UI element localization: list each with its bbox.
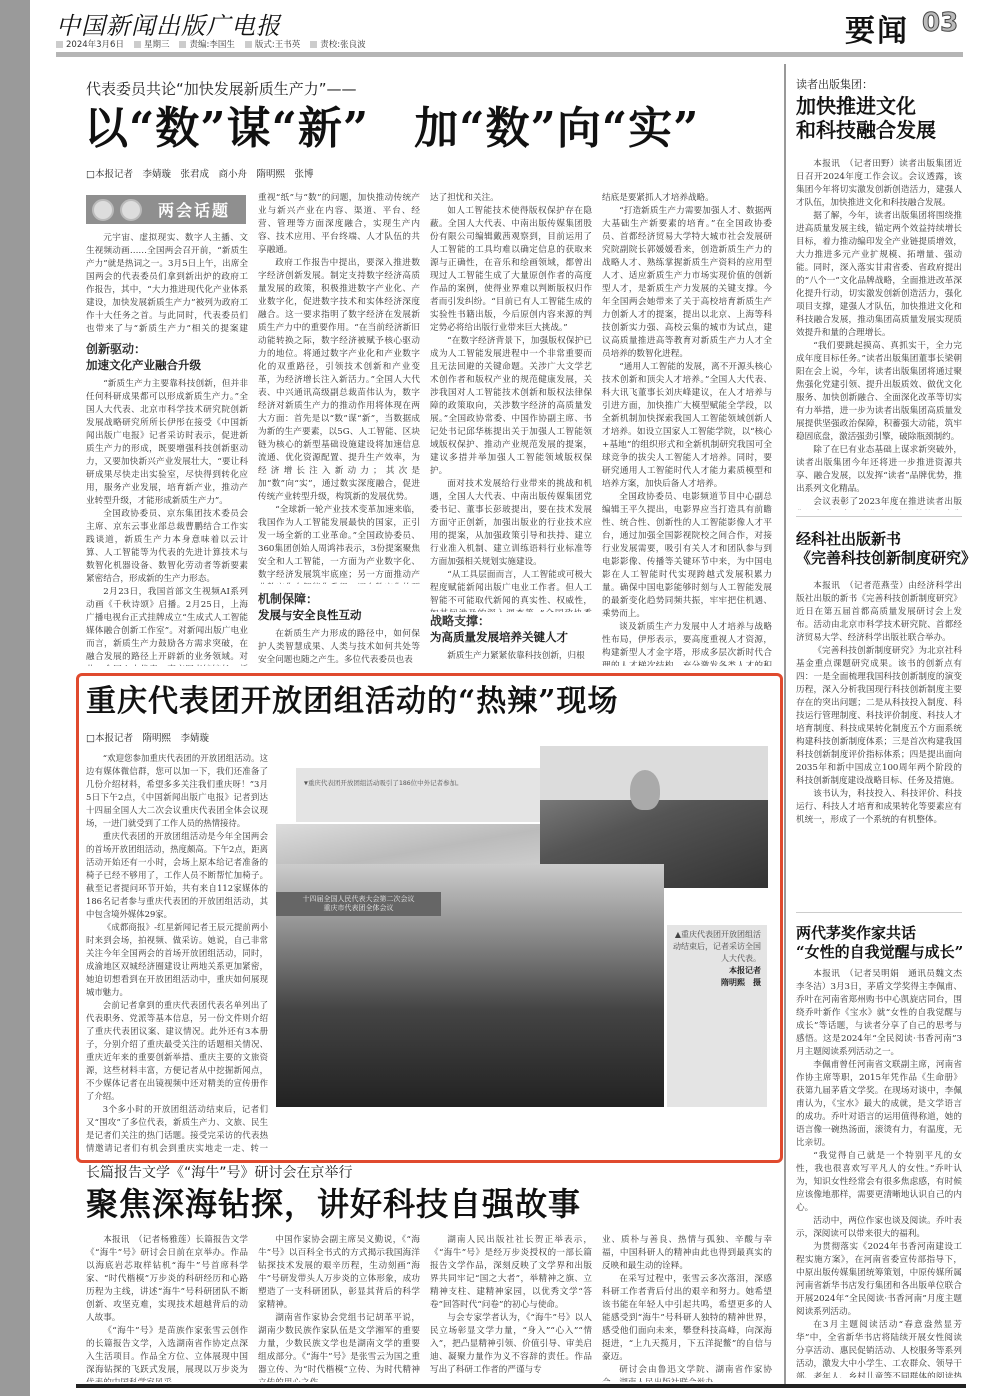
sidebar-story1-kicker: 读者出版集团： <box>796 76 873 92</box>
page-bottom-rule <box>76 1384 966 1388</box>
photo-meeting-hall: 十四届全国人民代表大会第二次会议 重庆市代表团全体会议 <box>276 864 664 1107</box>
lead-kicker: 代表委员共论“加快发展新质生产力”—— <box>86 78 357 99</box>
sidebar-divider <box>796 912 962 913</box>
issue-meta: 2024年3月6日 星期三 责编:李国生 版式:王书英 责校:张良波 <box>56 38 366 50</box>
sidebar-story1-body: 本报讯 （记者田野）读者出版集团近日召开2024年度工作会议。会议透露，该集团今… <box>796 158 962 510</box>
photo-banner: 十四届全国人民代表大会第二次会议 重庆市代表团全体会议 <box>276 892 441 916</box>
lead-col1: “新质生产力主要靠科技创新，但并非任何科研成果都可以形成新质生产力。”全国人大代… <box>86 378 248 666</box>
sidebar-story2-headline: 经科社出版新书 《完善科技创新制度研究》 <box>796 530 976 568</box>
viewer-gutter <box>0 0 30 1396</box>
national-emblem-icon <box>92 199 114 221</box>
feature-headline: 重庆代表团开放团组活动的“热辣”现场 <box>86 684 619 720</box>
header-rule <box>56 52 783 57</box>
bottom-kicker: 长篇报告文学《“海牛”号》研讨会在京举行 <box>86 1162 353 1182</box>
lead-subhead-3: 战略支撑： 为高质量发展培养关键人才 <box>430 612 592 645</box>
lead-byline: □本报记者 李婧璇 张君成 商小舟 隋明熙 张博 <box>86 166 313 180</box>
sidebar-story3-headline: 两代茅奖作家共话 “女性的自我觉醒与成长” <box>796 924 963 962</box>
lead-col2-tail: 在新质生产力形成的路径中，如何保护人类智慧成果、人类与技术如何共处等安全问题也随… <box>258 628 420 668</box>
sidebar-story2-body: 本报讯 （记者范燕莹）由经济科学出版社出版的新书《完善科技创新制度研究》近日在第… <box>796 580 962 908</box>
editor: 责编:李国生 <box>179 38 234 50</box>
section-rule <box>780 52 963 57</box>
sidebar-divider <box>796 516 962 517</box>
issue-date: 2024年3月6日 <box>56 38 124 50</box>
cppcc-emblem-icon <box>120 199 142 221</box>
page-number: 03 <box>922 8 958 38</box>
sidebar-story3-body: 本报讯 （记者吴明娟 通讯员魏文杰 李冬洁）3月3日，茅盾文学奖得主李佩甫、乔叶… <box>796 968 962 1378</box>
bottom-col4: 业、质朴与善良、热情与孤独、辛酸与幸福，中国科研人的精神由此也得到最真实的反映和… <box>602 1234 772 1382</box>
sidebar-story1-headline: 加快推进文化 和科技融合发展 <box>796 94 936 142</box>
newspaper-masthead: 中国新闻出版广电报 <box>56 6 281 41</box>
photo-subject <box>630 770 660 810</box>
photo-caption-2: ▲重庆代表团开放团组活动结束后，记者采访全国人大代表。 本报记者 隋明熙 摄 <box>667 925 767 1107</box>
bottom-col3: 湖南人民出版社社长贺正举表示，《“海牛”号》是经万步炎授权的一部长篇报告文学作品… <box>430 1234 592 1382</box>
lead-subhead-1: 创新驱动： 加速文化产业融合升级 <box>86 340 248 373</box>
lead-subhead-2: 机制保障： 发展与安全良性互动 <box>258 590 420 623</box>
lianghui-badge: 两会话题 <box>86 195 246 224</box>
section-title: 要闻 <box>845 6 909 50</box>
photo-caption-1: ▼重庆代表团开放团组活动吸引了186位中外记者参加。 <box>296 768 540 822</box>
lead-col3: 达了担忧和关注。 如人工智能技术使得版权保护存在隐蔽。全国人大代表、中南出版传媒… <box>430 192 592 612</box>
bottom-col1: 本报讯 （记者杨雅莲）长篇报告文学《“海牛”号》研讨会日前在京举办。作品以海底岩… <box>86 1234 248 1382</box>
layout-editor: 版式:王书英 <box>245 38 300 50</box>
proofreader: 责校:张良波 <box>310 38 365 50</box>
feature-body: “欢迎您参加重庆代表团的开放团组活动。这边有媒体微信群，您可以加一下，我们还准备… <box>86 752 268 1152</box>
lead-col3-tail: 新质生产力紧紧依靠科技创新，归根 <box>430 650 592 664</box>
lead-col2: 重视“纸”与“数”的问题，加快推动传统产业与新兴产业在内容、渠道、平台、经营、管… <box>258 192 420 584</box>
badge-label: 两会话题 <box>158 198 230 221</box>
lead-col4: 结底是要紧抓人才培养战略。 “打造新质生产力需要加强人才、数据两大基础生产新要素… <box>602 192 772 666</box>
bottom-col2: 中国作家协会副主席吴义勤说，《“海牛”号》以百科全书式的方式揭示我国海洋钻探技术… <box>258 1234 420 1382</box>
issue-weekday: 星期三 <box>134 38 170 50</box>
bottom-headline: 聚焦深海钻探，讲好科技自强故事 <box>86 1184 581 1224</box>
feature-byline: □本报记者 隋明熙 李婧璇 <box>86 730 209 744</box>
photo-ceiling-strip <box>276 824 540 864</box>
lead-headline: 以“数”谋“新” 加“数”向“实” <box>84 104 699 154</box>
photo-credit: 本报记者 <box>673 965 761 977</box>
lead-intro: 元宇宙、虚拟现实、数字人主播、文生视频动画……全国两会召开前，“新质生产力”就是… <box>86 232 248 332</box>
